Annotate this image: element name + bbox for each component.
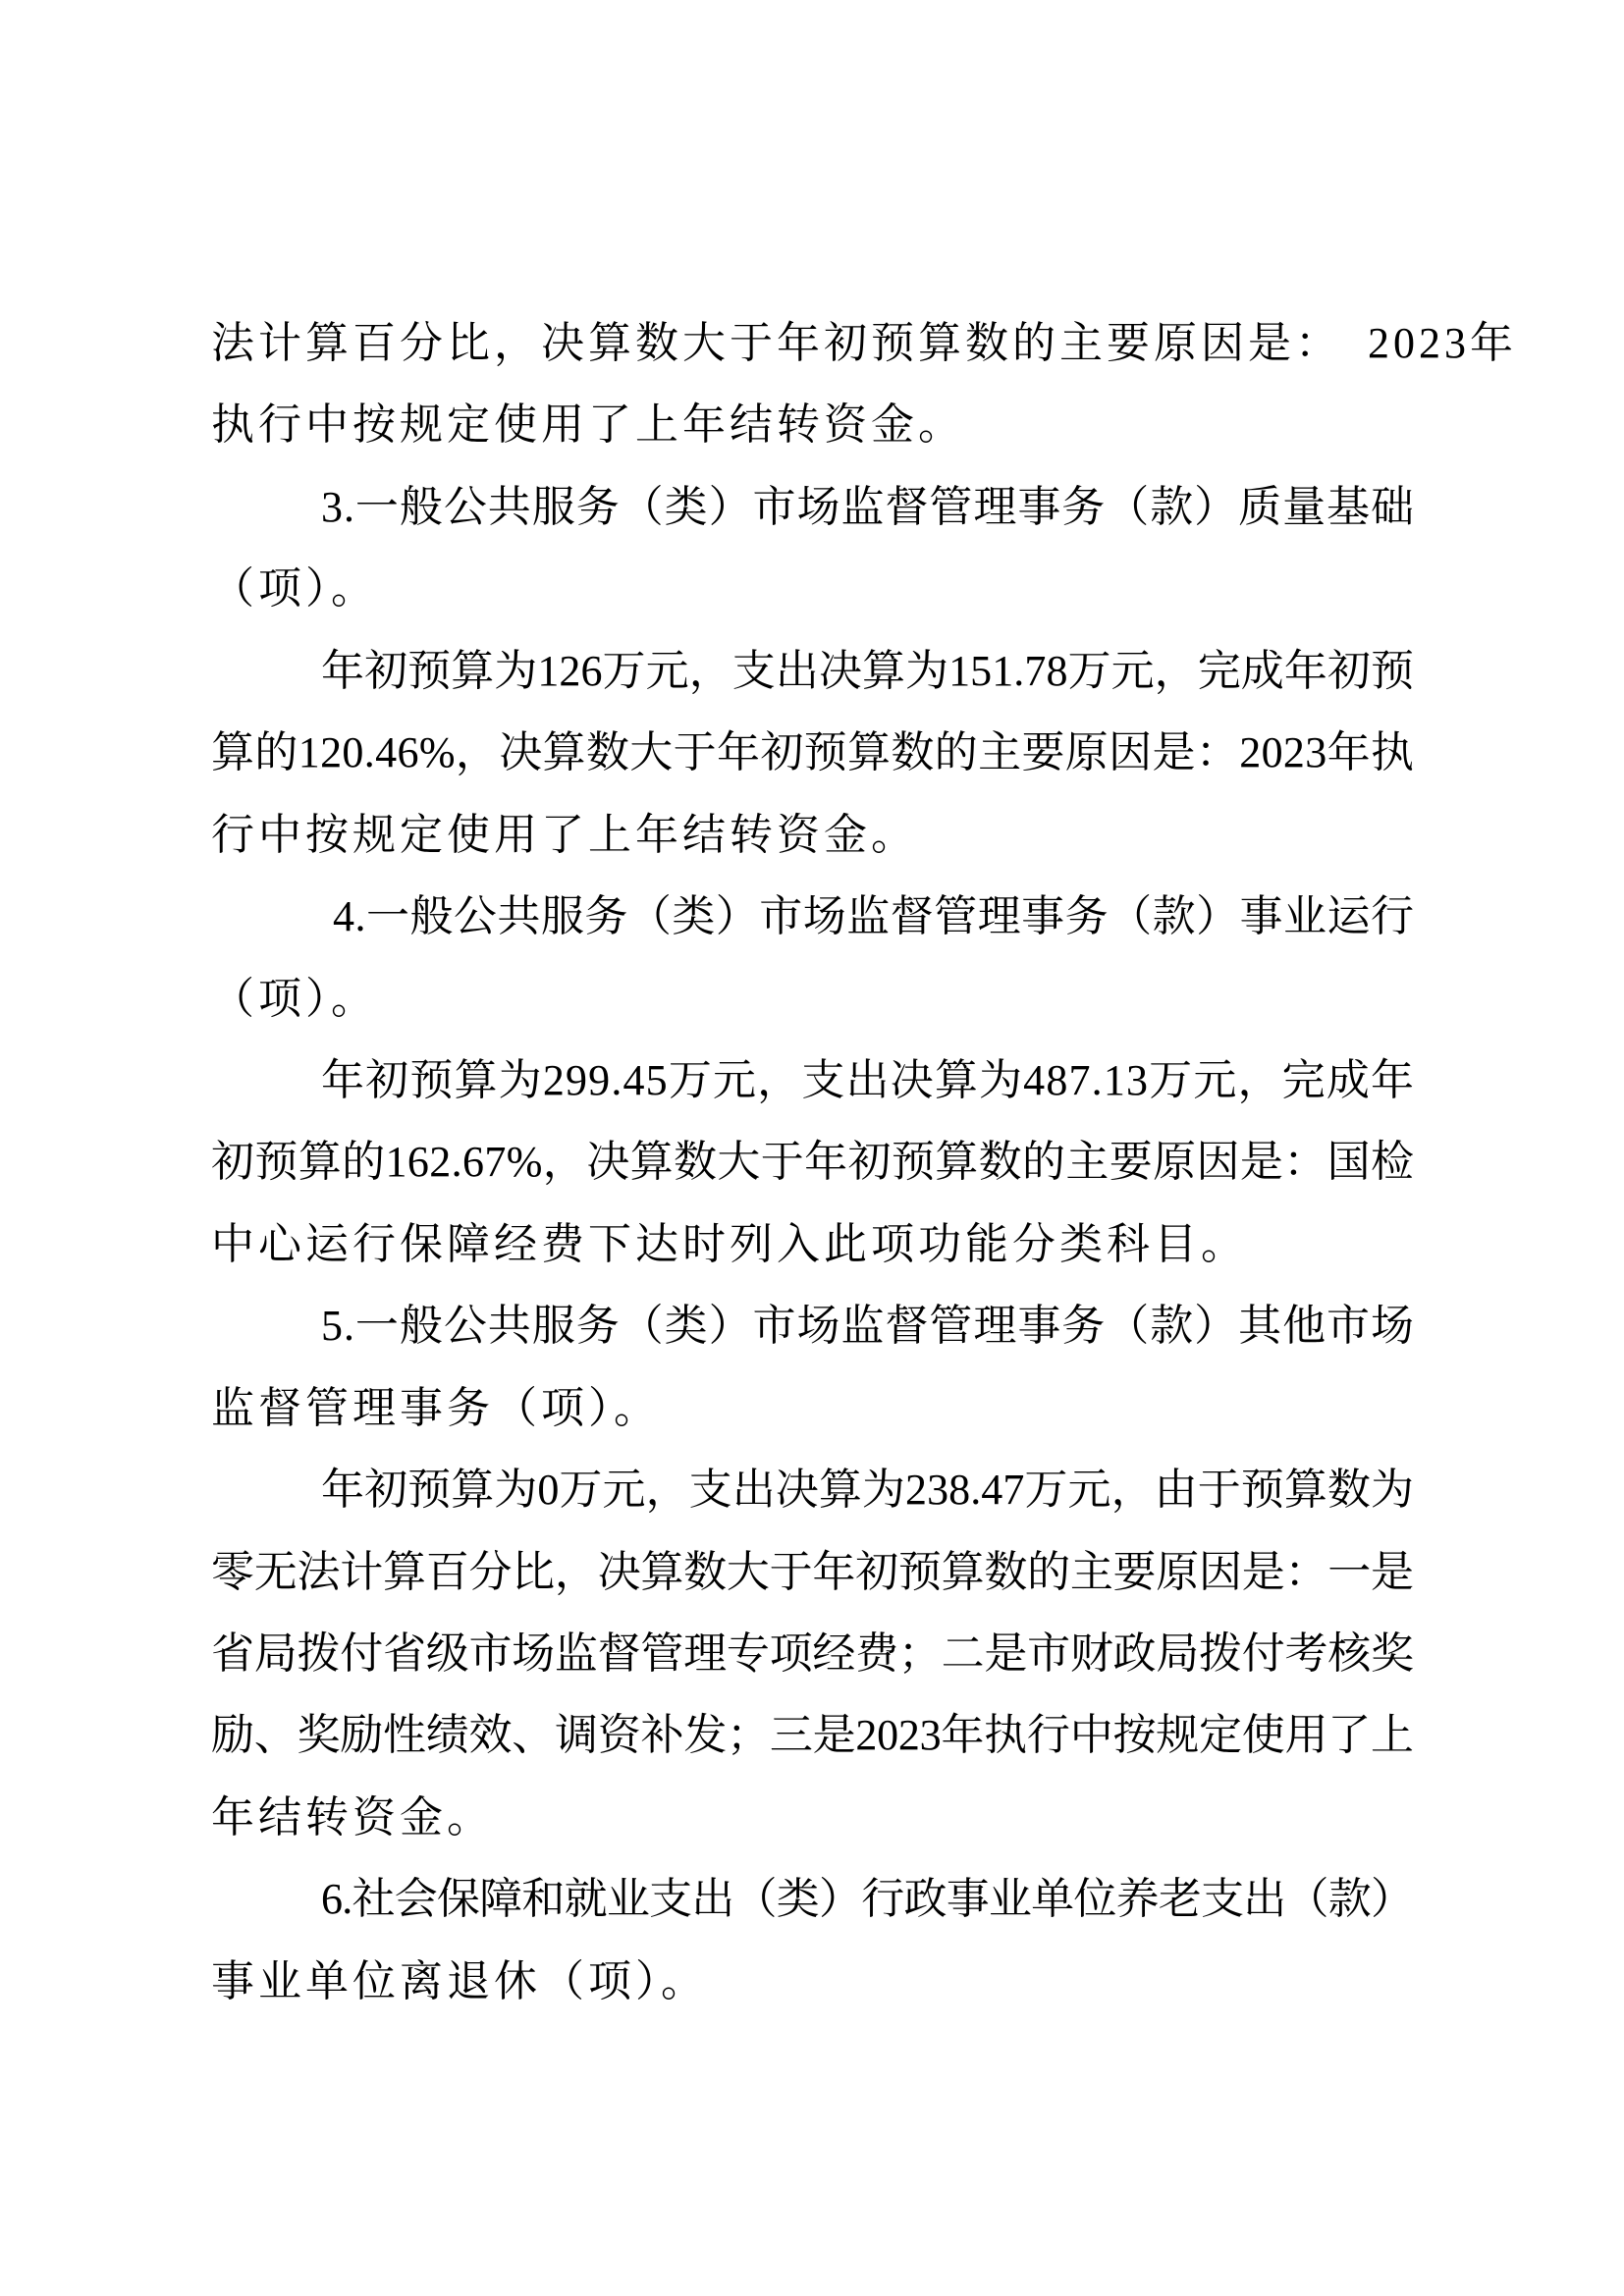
line-text: 执行中按规定使用了上年结转资金。: [211, 384, 965, 465]
line-text: 年初预算为126万元，支出决算为151.78万元，完成年初预: [321, 630, 1414, 712]
text-line: 行中按规定使用了上年结转资金。: [211, 794, 1414, 876]
line-text: 中心运行保障经费下达时列入此项功能分类科目。: [211, 1203, 1248, 1285]
document-text-block: 法计算百分比，决算数大于年初预算数的主要原因是： 2023年 执行中按规定使用了…: [211, 302, 1414, 2022]
text-line: 年初预算为126万元，支出决算为151.78万元，完成年初预: [211, 630, 1414, 712]
text-line: 3.一般公共服务（类）市场监督管理事务（款）质量基础: [211, 466, 1414, 548]
text-line: 监督管理事务（项）。: [211, 1367, 1414, 1449]
text-line: 省局拨付省级市场监督管理专项经费；二是市财政局拨付考核奖: [211, 1613, 1414, 1694]
line-text: 行中按规定使用了上年结转资金。: [211, 794, 918, 876]
document-page: 法计算百分比，决算数大于年初预算数的主要原因是： 2023年 执行中按规定使用了…: [0, 0, 1624, 2296]
text-line: 执行中按规定使用了上年结转资金。: [211, 384, 1414, 465]
text-line: （项）。: [211, 548, 1414, 629]
text-line: 励、奖励性绩效、调资补发；三是2023年执行中按规定使用了上: [211, 1694, 1414, 1776]
text-line: 年结转资金。: [211, 1777, 1414, 1858]
text-line: 事业单位离退休（项）。: [211, 1941, 1414, 2022]
text-line: 中心运行保障经费下达时列入此项功能分类科目。: [211, 1203, 1414, 1285]
line-text: 法计算百分比，决算数大于年初预算数的主要原因是： 2023年: [211, 302, 1517, 384]
line-text: 3.一般公共服务（类）市场监督管理事务（款）质量基础: [321, 466, 1415, 548]
text-line: 法计算百分比，决算数大于年初预算数的主要原因是： 2023年: [211, 302, 1414, 384]
line-text: （项）。: [211, 958, 378, 1040]
text-line: 年初预算为299.45万元，支出决算为487.13万元，完成年: [211, 1040, 1414, 1121]
line-text: 初预算的162.67%，决算数大于年初预算数的主要原因是：国检: [211, 1121, 1414, 1202]
line-text: 年结转资金。: [211, 1777, 494, 1858]
text-line: 初预算的162.67%，决算数大于年初预算数的主要原因是：国检: [211, 1121, 1414, 1202]
line-text: 年初预算为299.45万元，支出决算为487.13万元，完成年: [321, 1040, 1415, 1121]
line-text: 4.一般公共服务（类）市场监督管理事务（款）事业运行: [333, 876, 1414, 957]
line-text: 省局拨付省级市场监督管理专项经费；二是市财政局拨付考核奖: [211, 1613, 1414, 1694]
line-text: 算的120.46%，决算数大于年初预算数的主要原因是：2023年执: [211, 712, 1414, 793]
text-line: 6.社会保障和就业支出（类）行政事业单位养老支出（款）: [211, 1858, 1414, 1940]
line-text: 监督管理事务（项）。: [211, 1367, 661, 1449]
text-line: （项）。: [211, 958, 1414, 1040]
line-text: 5.一般公共服务（类）市场监督管理事务（款）其他市场: [321, 1285, 1415, 1366]
line-text: 6.社会保障和就业支出（类）行政事业单位养老支出（款）: [321, 1858, 1413, 1940]
text-line: 零无法计算百分比，决算数大于年初预算数的主要原因是：一是: [211, 1531, 1414, 1613]
text-line: 算的120.46%，决算数大于年初预算数的主要原因是：2023年执: [211, 712, 1414, 793]
line-text: （项）。: [211, 548, 378, 629]
line-text: 励、奖励性绩效、调资补发；三是2023年执行中按规定使用了上: [211, 1694, 1414, 1776]
line-text: 年初预算为0万元，支出决算为238.47万元，由于预算数为: [321, 1449, 1414, 1530]
line-text: 零无法计算百分比，决算数大于年初预算数的主要原因是：一是: [211, 1531, 1414, 1613]
text-line: 5.一般公共服务（类）市场监督管理事务（款）其他市场: [211, 1285, 1414, 1366]
text-line: 年初预算为0万元，支出决算为238.47万元，由于预算数为: [211, 1449, 1414, 1530]
line-text: 事业单位离退休（项）。: [211, 1941, 708, 2022]
text-line: 4.一般公共服务（类）市场监督管理事务（款）事业运行: [211, 876, 1414, 957]
